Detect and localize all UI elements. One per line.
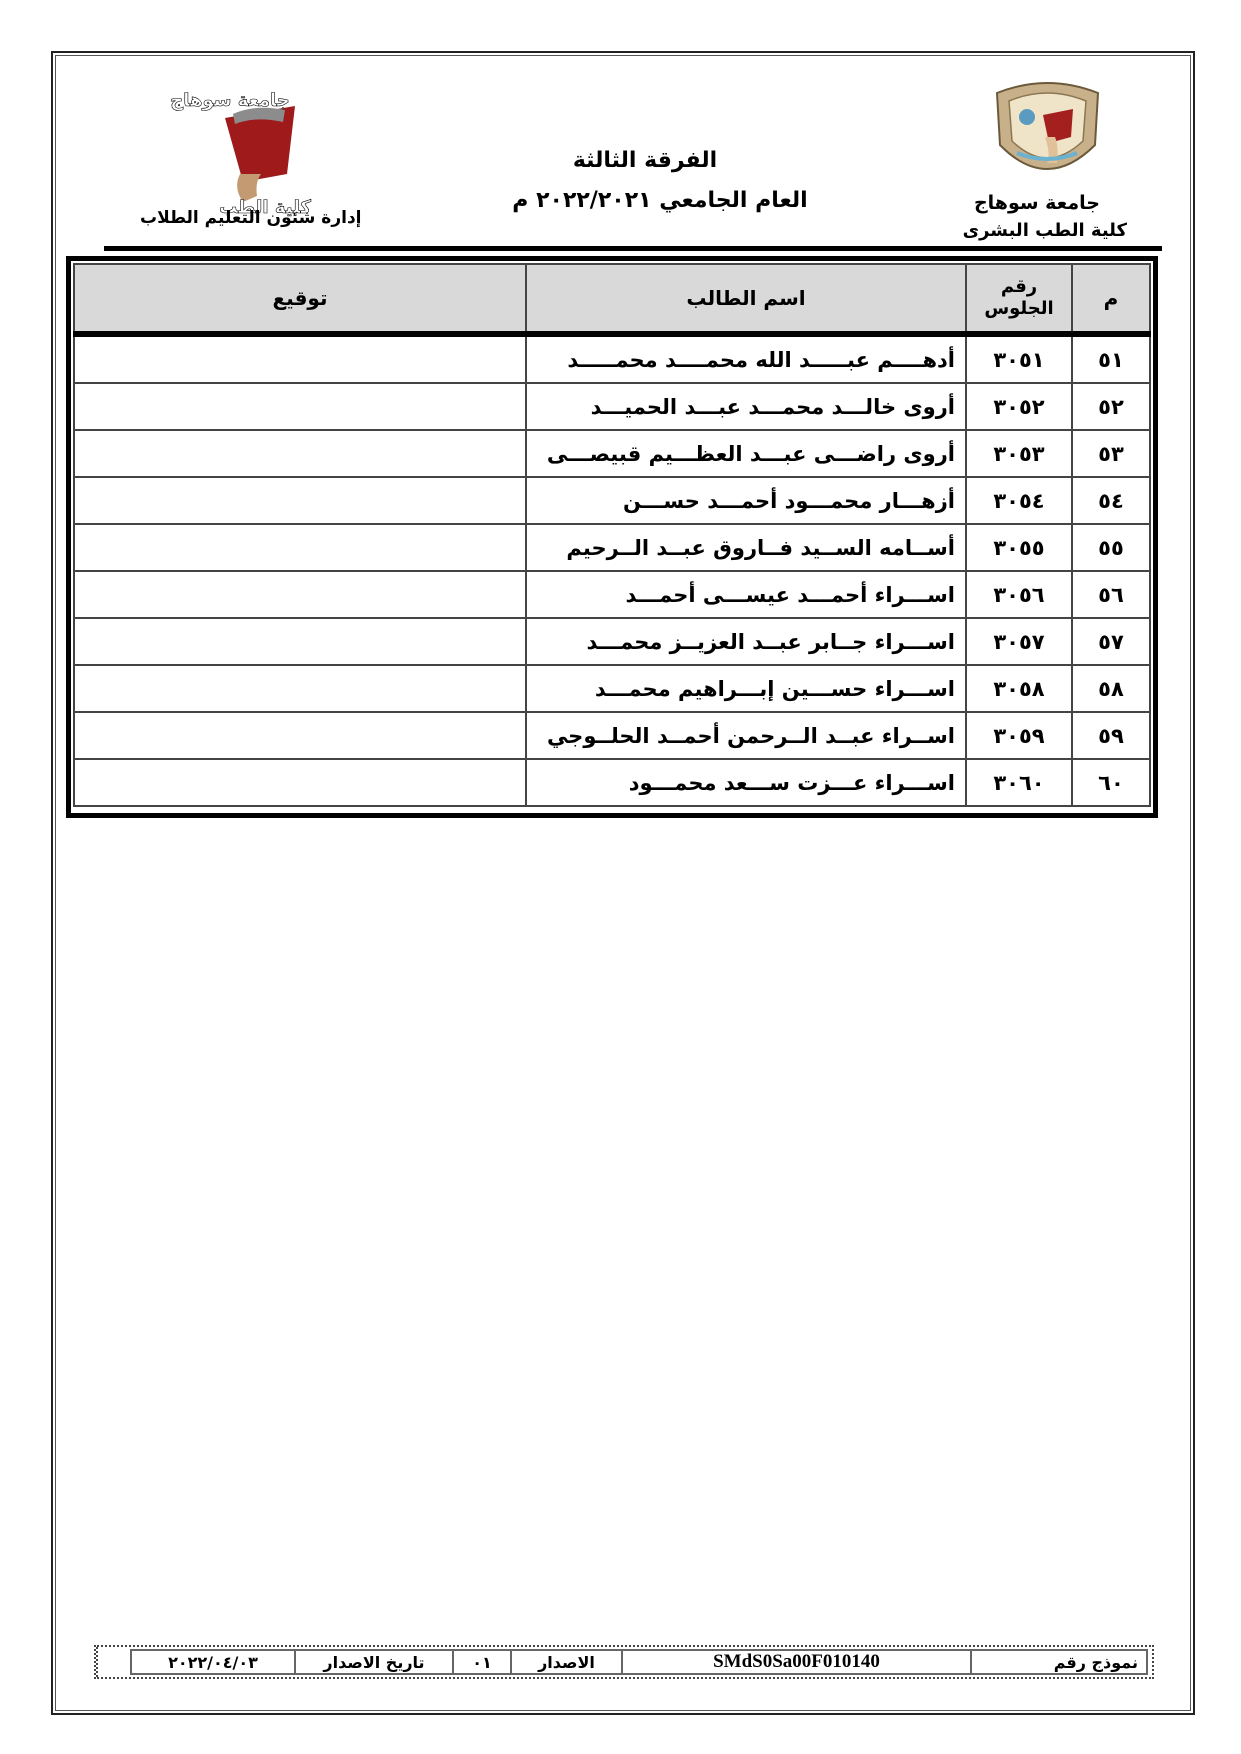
signature-cell[interactable] <box>74 430 526 477</box>
seat-number: ٣٠٥٧ <box>966 618 1072 665</box>
row-index: ٥٢ <box>1072 383 1150 430</box>
student-name: أدهــــم عبـــــد الله محمــــد محمـــــ… <box>526 334 966 383</box>
faculty-name: كلية الطب البشرى <box>963 220 1127 241</box>
table-row: ٥٤ ٣٠٥٤ أزهـــار محمـــود أحمـــد حســـن <box>74 477 1150 524</box>
svg-text:جامعة سوهاج: جامعة سوهاج <box>170 90 289 111</box>
header-divider <box>104 246 1162 251</box>
department-name: إدارة شئون التعليم الطلاب <box>140 208 362 228</box>
student-roster-table: م رقم الجلوس اسم الطالب توقيع ٥١ ٣٠٥١ أد… <box>66 256 1158 818</box>
row-index: ٥٣ <box>1072 430 1150 477</box>
student-name: أروى راضـــى عبـــد العظـــيم قبيصـــى <box>526 430 966 477</box>
column-header-student-name: اسم الطالب <box>526 264 966 334</box>
footer-row: نموذج رقم SMdS0Sa00F010140 الاصدار ٠١ تا… <box>131 1650 1147 1674</box>
row-index: ٥٧ <box>1072 618 1150 665</box>
issue-date-value: ٢٠٢٢/٠٤/٠٣ <box>131 1650 295 1674</box>
version-value: ٠١ <box>453 1650 511 1674</box>
table-row: ٥٣ ٣٠٥٣ أروى راضـــى عبـــد العظـــيم قب… <box>74 430 1150 477</box>
table-row: ٥٢ ٣٠٥٢ أروى خالـــد محمـــد عبـــد الحم… <box>74 383 1150 430</box>
form-number-label: نموذج رقم <box>971 1650 1147 1674</box>
seat-number: ٣٠٥٣ <box>966 430 1072 477</box>
row-index: ٥٨ <box>1072 665 1150 712</box>
table-row: ٥٦ ٣٠٥٦ اســـراء أحمـــد عيســـى أحمـــد <box>74 571 1150 618</box>
column-header-signature: توقيع <box>74 264 526 334</box>
table-row: ٥٧ ٣٠٥٧ اســـراء جــابر عبــد العزيــز م… <box>74 618 1150 665</box>
issue-date-label: تاريخ الاصدار <box>295 1650 453 1674</box>
table-row: ٥٥ ٣٠٥٥ أســامه الســيد فــاروق عبــد ال… <box>74 524 1150 571</box>
faculty-logo-icon: جامعة سوهاج كلية الطب <box>115 78 315 223</box>
signature-cell[interactable] <box>74 334 526 383</box>
seat-header-line2: الجلوس <box>967 298 1071 320</box>
student-name: اســراء عبــد الــرحمن أحمــد الحلــوجي <box>526 712 966 759</box>
student-name: أســامه الســيد فــاروق عبــد الــرحيم <box>526 524 966 571</box>
seat-number: ٣٠٥٩ <box>966 712 1072 759</box>
row-index: ٥٥ <box>1072 524 1150 571</box>
student-name: أروى خالـــد محمـــد عبـــد الحميـــد <box>526 383 966 430</box>
table-row: ٥٨ ٣٠٥٨ اســـراء حســـين إبـــراهيم محمـ… <box>74 665 1150 712</box>
signature-cell[interactable] <box>74 618 526 665</box>
table-row: ٦٠ ٣٠٦٠ اســـراء عـــزت ســـعد محمـــود <box>74 759 1150 806</box>
signature-cell[interactable] <box>74 524 526 571</box>
row-index: ٥٤ <box>1072 477 1150 524</box>
year-level-title: الفرقة الثالثة <box>560 148 730 173</box>
seat-number: ٣٠٥٥ <box>966 524 1072 571</box>
seat-number: ٣٠٥٤ <box>966 477 1072 524</box>
seat-number: ٣٠٥٢ <box>966 383 1072 430</box>
seat-number: ٣٠٥٨ <box>966 665 1072 712</box>
signature-cell[interactable] <box>74 571 526 618</box>
seat-header-line1: رقم <box>967 276 1071 298</box>
signature-cell[interactable] <box>74 383 526 430</box>
student-name: اســـراء جــابر عبــد العزيــز محمـــد <box>526 618 966 665</box>
version-label: الاصدار <box>511 1650 622 1674</box>
table-row: ٥٩ ٣٠٥٩ اســراء عبــد الــرحمن أحمــد ال… <box>74 712 1150 759</box>
seat-number: ٣٠٥٦ <box>966 571 1072 618</box>
table-row: ٥١ ٣٠٥١ أدهــــم عبـــــد الله محمــــد … <box>74 334 1150 383</box>
student-name: اســـراء عـــزت ســـعد محمـــود <box>526 759 966 806</box>
signature-cell[interactable] <box>74 665 526 712</box>
signature-cell[interactable] <box>74 477 526 524</box>
seat-number: ٣٠٦٠ <box>966 759 1072 806</box>
form-number-value: SMdS0Sa00F010140 <box>622 1650 971 1674</box>
table-header-row: م رقم الجلوس اسم الطالب توقيع <box>74 264 1150 334</box>
seat-number: ٣٠٥١ <box>966 334 1072 383</box>
student-name: أزهـــار محمـــود أحمـــد حســـن <box>526 477 966 524</box>
column-header-index: م <box>1072 264 1150 334</box>
row-index: ٥٦ <box>1072 571 1150 618</box>
student-name: اســـراء أحمـــد عيســـى أحمـــد <box>526 571 966 618</box>
signature-cell[interactable] <box>74 759 526 806</box>
column-header-seat-number: رقم الجلوس <box>966 264 1072 334</box>
row-index: ٥٩ <box>1072 712 1150 759</box>
footer-stub-cell <box>96 1647 118 1677</box>
university-name: جامعة سوهاج <box>974 192 1100 214</box>
row-index: ٦٠ <box>1072 759 1150 806</box>
student-name: اســـراء حســـين إبـــراهيم محمـــد <box>526 665 966 712</box>
row-index: ٥١ <box>1072 334 1150 383</box>
form-info-footer: نموذج رقم SMdS0Sa00F010140 الاصدار ٠١ تا… <box>94 1645 1154 1679</box>
academic-year-title: العام الجامعي ٢٠٢٢/٢٠٢١ م <box>490 188 830 213</box>
university-crest-icon <box>985 75 1110 190</box>
signature-cell[interactable] <box>74 712 526 759</box>
